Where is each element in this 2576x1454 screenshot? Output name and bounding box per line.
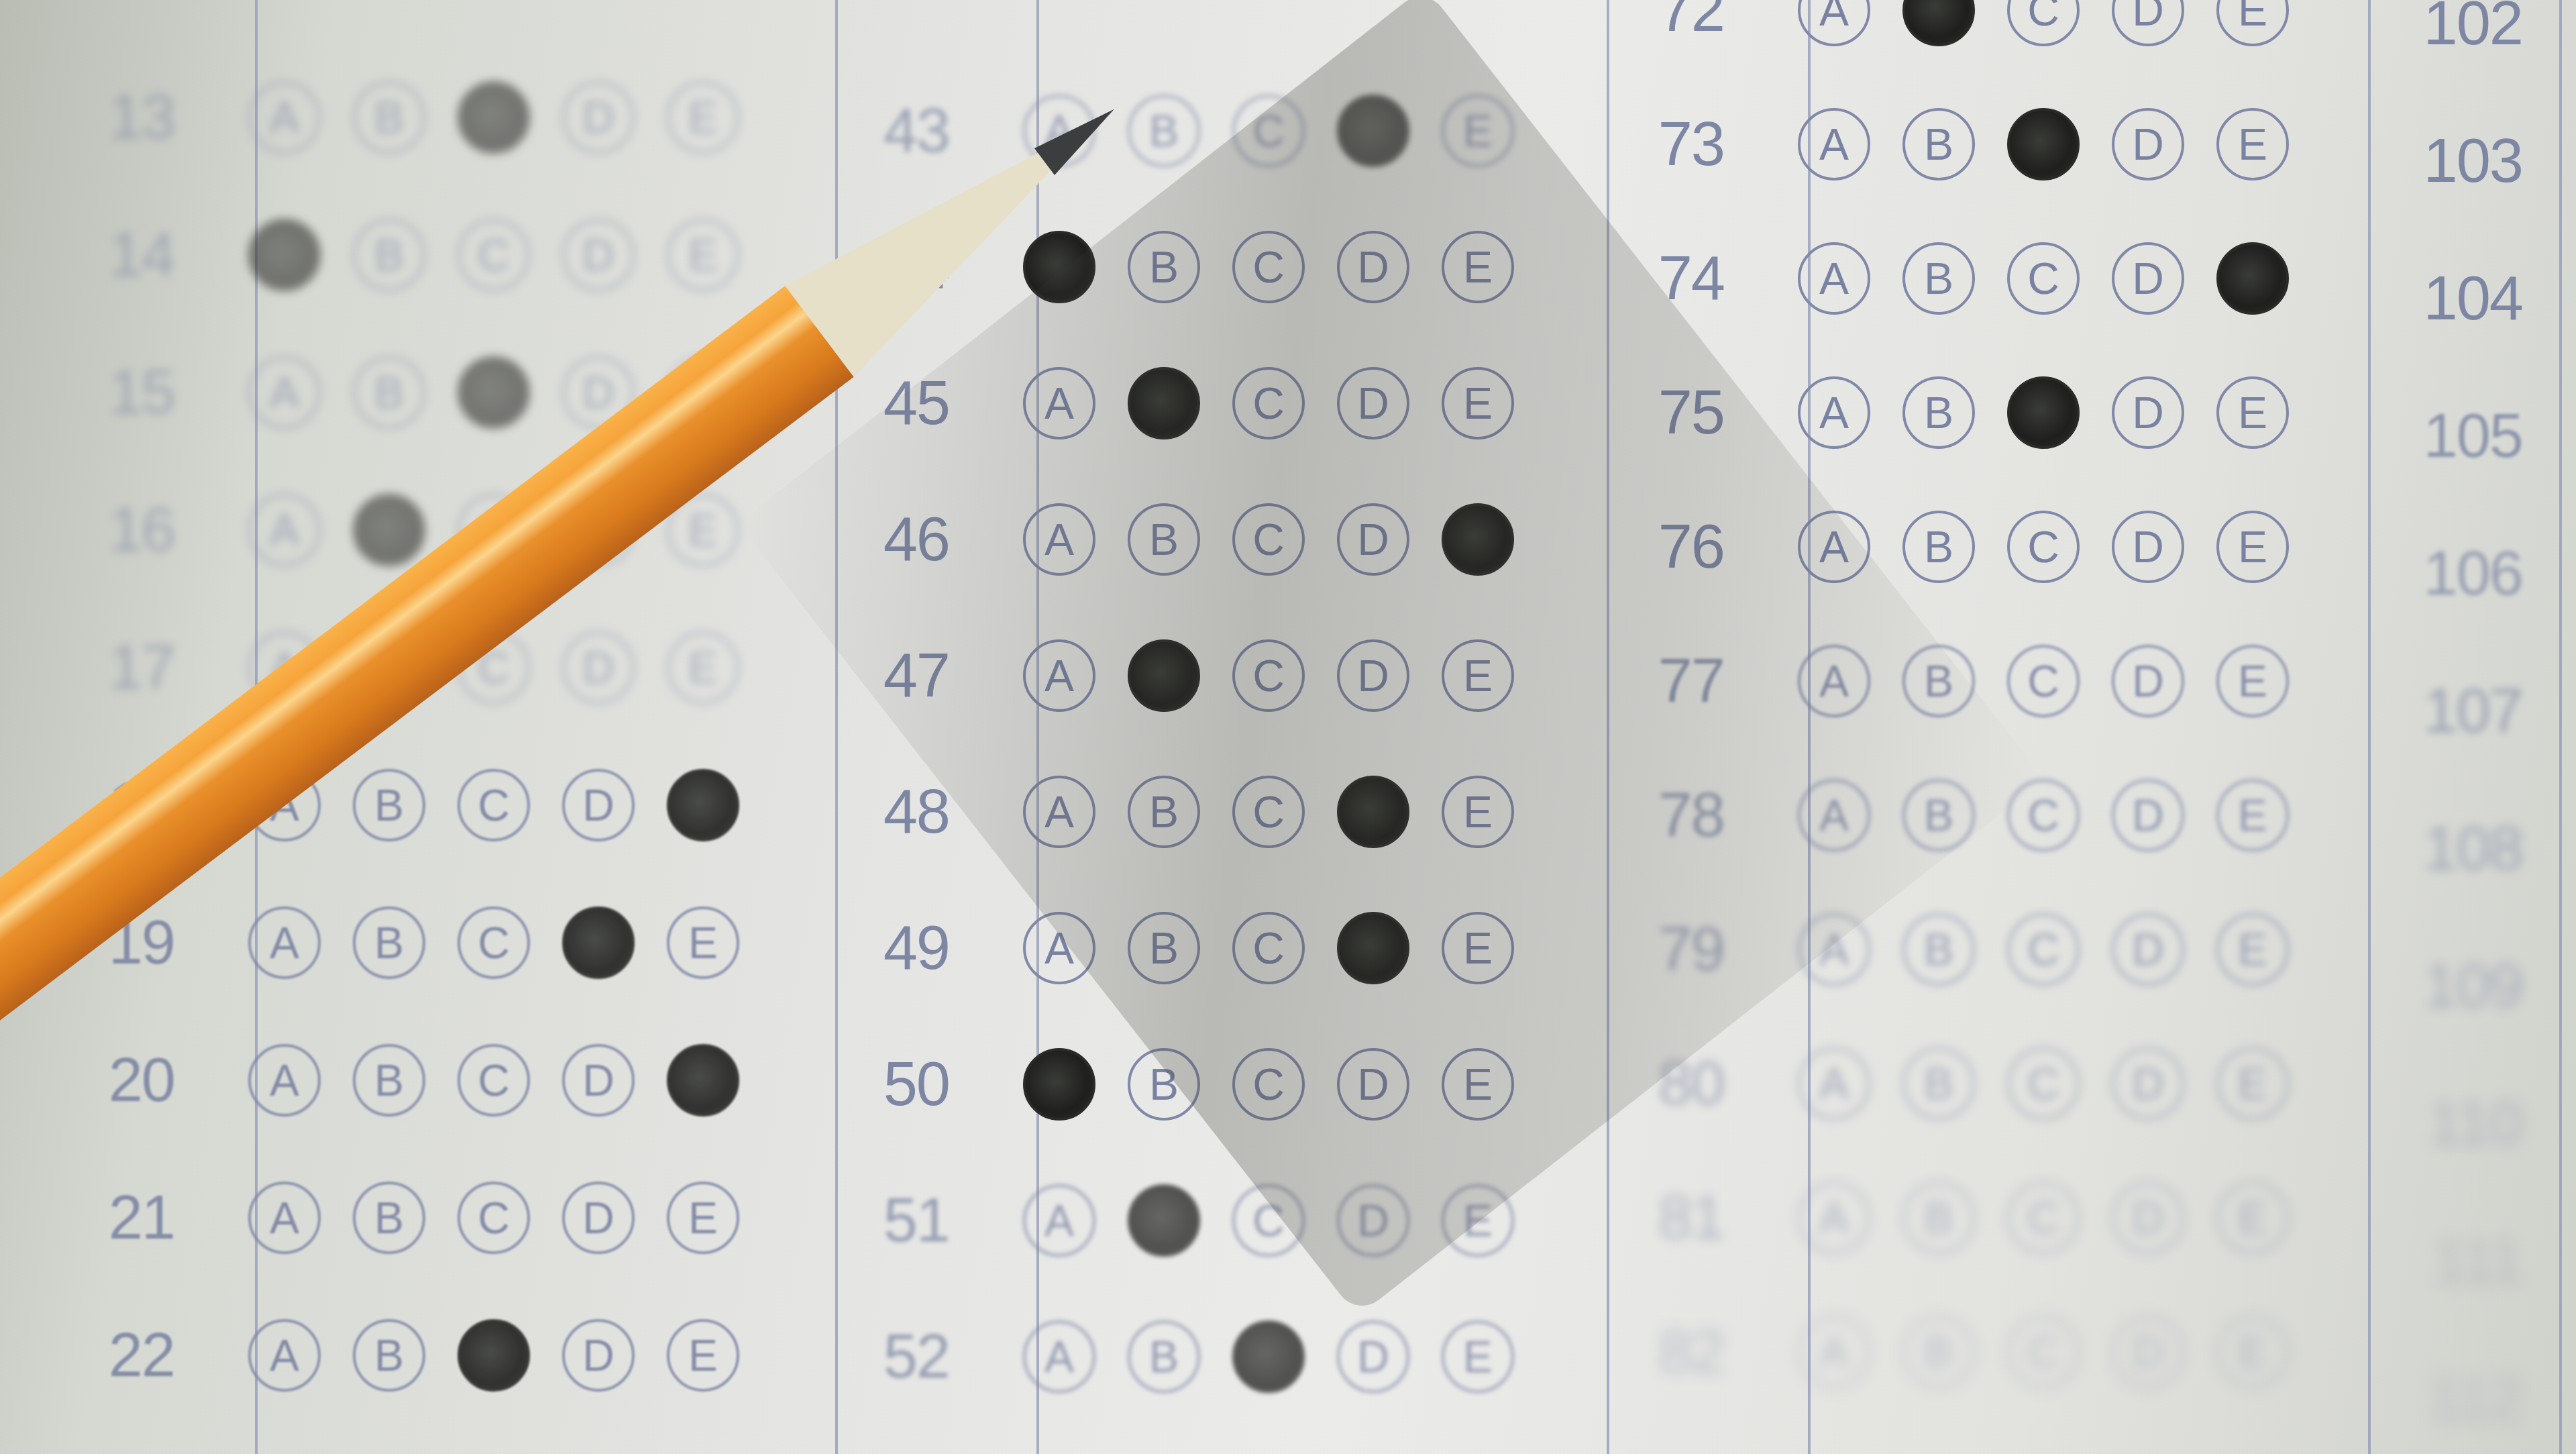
question-number: 16 xyxy=(40,495,201,566)
answer-bubble-d: D xyxy=(562,1319,635,1392)
question-number: 13 xyxy=(40,83,201,153)
answer-bubble-e: E xyxy=(2216,1316,2289,1388)
answer-bubble-c: C xyxy=(1232,776,1305,848)
answer-bubble-a: A xyxy=(248,494,321,566)
answer-bubble-b: B xyxy=(353,1182,425,1254)
question-row: 47ABCDE xyxy=(815,619,1514,733)
bubble-group: ABCDE xyxy=(1798,511,2289,583)
question-row: 20ABCDE xyxy=(40,1023,739,1137)
answer-bubble-a: A xyxy=(1798,0,1870,46)
question-row: 49ABCDE xyxy=(815,891,1514,1005)
question-number: 111 xyxy=(2348,1204,2549,1318)
bubble-group: ABCDE xyxy=(1798,1182,2289,1254)
answer-bubble-a: A xyxy=(1798,376,1870,449)
bubble-group: ABCDE xyxy=(1023,367,1514,439)
answer-bubble-e: E xyxy=(1442,776,1514,848)
question-number: 48 xyxy=(815,777,976,847)
answer-bubble-b: B xyxy=(1128,1320,1200,1393)
bubble-group: ABCDE xyxy=(1798,108,2289,180)
answer-bubble-c: C xyxy=(458,631,530,704)
answer-bubble-b: B xyxy=(353,1044,425,1117)
answer-bubble-d: D xyxy=(1337,639,1409,712)
question-row: 17ABCDE xyxy=(40,611,739,725)
answer-bubble-a: A xyxy=(1023,231,1095,303)
answer-bubble-b: B xyxy=(353,631,425,704)
answer-bubble-c: C xyxy=(1232,231,1305,303)
answer-bubble-b: B xyxy=(1902,108,1975,180)
answer-bubble-a: A xyxy=(1023,1184,1095,1257)
answer-bubble-c: C xyxy=(458,1044,530,1117)
answer-bubble-d: D xyxy=(2112,376,2184,449)
answer-bubble-b: B xyxy=(353,81,425,154)
answer-bubble-e: E xyxy=(667,631,739,704)
question-number: 52 xyxy=(815,1322,976,1392)
answer-bubble-a: A xyxy=(248,356,321,429)
answer-bubble-e: E xyxy=(667,1044,739,1117)
answer-bubble-a: A xyxy=(1798,242,1870,315)
answer-bubble-e: E xyxy=(2216,108,2289,180)
bubble-group: ABCDE xyxy=(1798,0,2289,46)
answer-bubble-b: B xyxy=(353,906,425,979)
question-number: 44 xyxy=(815,232,976,303)
answer-bubble-c: C xyxy=(2007,1316,2080,1388)
bubble-group: ABCDE xyxy=(248,906,739,979)
answer-bubble-d: D xyxy=(562,631,635,704)
question-number: 17 xyxy=(40,633,201,703)
answer-bubble-a: A xyxy=(1798,108,1870,180)
answer-bubble-c: C xyxy=(2007,0,2080,46)
answer-bubble-e: E xyxy=(1442,912,1514,984)
answer-bubble-e: E xyxy=(667,81,739,154)
bubble-group: ABCDE xyxy=(248,81,739,154)
bubble-group: ABCDE xyxy=(1798,242,2289,315)
answer-bubble-b: B xyxy=(1128,639,1200,712)
answer-bubble-d: D xyxy=(1337,1184,1409,1257)
answer-bubble-d: D xyxy=(562,1182,635,1254)
answer-bubble-c: C xyxy=(1232,1048,1305,1121)
question-row: 82ABCDE xyxy=(1590,1295,2289,1409)
question-number: 80 xyxy=(1590,1049,1751,1119)
answer-bubble-e: E xyxy=(1442,367,1514,439)
bubble-group: ABCDE xyxy=(1798,645,2289,717)
answer-bubble-c: C xyxy=(458,1319,530,1392)
answer-bubble-c: C xyxy=(1232,503,1305,576)
column-divider xyxy=(2559,0,2562,1454)
question-number: 72 xyxy=(1590,0,1751,46)
answer-bubble-e: E xyxy=(667,494,739,566)
answer-bubble-a: A xyxy=(1798,913,1870,986)
question-number: 74 xyxy=(1590,244,1751,314)
bubble-group: ABCDE xyxy=(248,219,739,291)
answer-bubble-e: E xyxy=(667,356,739,429)
question-row: 50ABCDE xyxy=(815,1027,1514,1141)
bubble-group: ABCDE xyxy=(1023,1184,1514,1257)
answer-bubble-c: C xyxy=(458,906,530,979)
answer-bubble-a: A xyxy=(248,631,321,704)
question-row: 79ABCDE xyxy=(1590,892,2289,1006)
answer-bubble-c: C xyxy=(2007,645,2080,717)
question-row: 80ABCDE xyxy=(1590,1027,2289,1141)
question-number: 78 xyxy=(1590,780,1751,851)
answer-bubble-b: B xyxy=(353,219,425,291)
answer-bubble-d: D xyxy=(562,906,635,979)
bubble-group: ABCDE xyxy=(248,1319,739,1392)
question-row: 77ABCDE xyxy=(1590,624,2289,738)
answer-bubble-b: B xyxy=(1902,1047,1975,1120)
answer-bubble-b: B xyxy=(1902,913,1975,986)
answer-bubble-d: D xyxy=(1337,776,1409,848)
answer-bubble-b: B xyxy=(1128,1184,1200,1257)
question-number: 82 xyxy=(1590,1317,1751,1388)
question-number: 75 xyxy=(1590,378,1751,448)
question-number: 110 xyxy=(2348,1067,2549,1181)
answer-bubble-b: B xyxy=(1902,0,1975,46)
answer-bubble-d: D xyxy=(562,1044,635,1117)
bubble-group: ABCDE xyxy=(248,494,739,566)
answer-bubble-d: D xyxy=(1337,912,1409,984)
answer-bubble-b: B xyxy=(1902,645,1975,717)
question-number: 19 xyxy=(40,908,201,978)
answer-bubble-c: C xyxy=(1232,95,1305,167)
bubble-group: ABCDE xyxy=(248,356,739,429)
answer-bubble-c: C xyxy=(458,356,530,429)
question-number: 104 xyxy=(2348,242,2549,356)
answer-bubble-e: E xyxy=(2216,376,2289,449)
answer-bubble-e: E xyxy=(1442,1048,1514,1121)
answer-bubble-a: A xyxy=(1023,503,1095,576)
answer-bubble-b: B xyxy=(1902,242,1975,315)
answer-bubble-b: B xyxy=(1902,511,1975,583)
question-row: 22ABCDE xyxy=(40,1298,739,1412)
answer-bubble-b: B xyxy=(353,769,425,841)
bubble-group: ABCDE xyxy=(1023,231,1514,303)
answer-bubble-e: E xyxy=(1442,231,1514,303)
answer-bubble-e: E xyxy=(2216,913,2289,986)
answer-bubble-d: D xyxy=(2112,511,2184,583)
question-number: 77 xyxy=(1590,646,1751,717)
answer-bubble-d: D xyxy=(1337,367,1409,439)
bubble-group: ABCDE xyxy=(248,631,739,704)
answer-bubble-d: D xyxy=(2112,913,2184,986)
question-number: 14 xyxy=(40,220,201,291)
answer-bubble-e: E xyxy=(1442,1184,1514,1257)
answer-bubble-c: C xyxy=(1232,1320,1305,1393)
answer-bubble-c: C xyxy=(2007,108,2080,180)
answer-bubble-e: E xyxy=(667,1182,739,1254)
answer-bubble-b: B xyxy=(1128,503,1200,576)
answer-bubble-c: C xyxy=(2007,913,2080,986)
question-row: 18ABCDE xyxy=(40,748,739,862)
answer-bubble-b: B xyxy=(353,494,425,566)
answer-bubble-a: A xyxy=(1798,779,1870,851)
answer-bubble-d: D xyxy=(2112,1316,2184,1388)
question-number: 76 xyxy=(1590,512,1751,582)
answer-bubble-c: C xyxy=(2007,779,2080,851)
answer-bubble-d: D xyxy=(1337,95,1409,167)
answer-bubble-b: B xyxy=(1902,1316,1975,1388)
answer-bubble-b: B xyxy=(1902,1182,1975,1254)
question-row: 15ABCDE xyxy=(40,335,739,450)
bubble-group: ABCDE xyxy=(1023,95,1514,167)
answer-bubble-d: D xyxy=(2112,779,2184,851)
answer-bubble-a: A xyxy=(248,906,321,979)
answer-bubble-b: B xyxy=(1128,912,1200,984)
answer-bubble-e: E xyxy=(667,1319,739,1392)
answer-bubble-b: B xyxy=(1902,779,1975,851)
answer-sheet: 13ABCDE14ABCDE15ABCDE16ABCDE17ABCDE18ABC… xyxy=(0,0,2576,1454)
answer-bubble-b: B xyxy=(1128,95,1200,167)
answer-bubble-a: A xyxy=(1023,367,1095,439)
answer-bubble-e: E xyxy=(1442,639,1514,712)
bubble-group: ABCDE xyxy=(1023,503,1514,576)
bubble-group: ABCDE xyxy=(1023,1048,1514,1121)
question-row: 43ABCDE xyxy=(815,74,1514,188)
question-number: 20 xyxy=(40,1045,201,1116)
bubble-group: ABCDE xyxy=(248,1044,739,1117)
question-number: 21 xyxy=(40,1183,201,1253)
question-number: 107 xyxy=(2348,654,2549,768)
answer-bubble-d: D xyxy=(1337,503,1409,576)
answer-bubble-d: D xyxy=(2112,645,2184,717)
answer-bubble-b: B xyxy=(1128,367,1200,439)
answer-bubble-e: E xyxy=(1442,503,1514,576)
bubble-group: ABCDE xyxy=(1023,912,1514,984)
question-number: 18 xyxy=(40,770,201,841)
answer-bubble-a: A xyxy=(248,81,321,154)
bubble-group: ABCDE xyxy=(1023,776,1514,848)
question-number: 109 xyxy=(2348,929,2549,1043)
question-number: 47 xyxy=(815,641,976,711)
answer-bubble-e: E xyxy=(2216,242,2289,315)
answer-bubble-e: E xyxy=(2216,779,2289,851)
answer-bubble-a: A xyxy=(248,1319,321,1392)
answer-bubble-c: C xyxy=(458,494,530,566)
question-number: 106 xyxy=(2348,517,2549,631)
bubble-group: ABCDE xyxy=(1798,376,2289,449)
answer-bubble-b: B xyxy=(353,1319,425,1392)
question-row: 72ABCDE xyxy=(1590,0,2289,67)
question-number: 73 xyxy=(1590,109,1751,180)
answer-bubble-a: A xyxy=(1023,1320,1095,1393)
question-row: 73ABCDE xyxy=(1590,87,2289,201)
question-row: 13ABCDE xyxy=(40,60,739,174)
answer-bubble-c: C xyxy=(2007,376,2080,449)
answer-bubble-c: C xyxy=(2007,511,2080,583)
answer-bubble-c: C xyxy=(2007,242,2080,315)
answer-bubble-c: C xyxy=(2007,1047,2080,1120)
bubble-group: ABCDE xyxy=(1798,1047,2289,1120)
answer-bubble-e: E xyxy=(1442,1320,1514,1393)
answer-bubble-d: D xyxy=(2112,0,2184,46)
question-row: 81ABCDE xyxy=(1590,1161,2289,1275)
question-row: 74ABCDE xyxy=(1590,221,2289,335)
question-row: 14ABCDE xyxy=(40,198,739,312)
answer-bubble-a: A xyxy=(1023,639,1095,712)
question-number: 15 xyxy=(40,358,201,428)
answer-bubble-d: D xyxy=(1337,1048,1409,1121)
question-row: 46ABCDE xyxy=(815,482,1514,596)
question-number: 81 xyxy=(1590,1183,1751,1253)
answer-bubble-d: D xyxy=(2112,1047,2184,1120)
answer-bubble-a: A xyxy=(248,769,321,841)
answer-bubble-d: D xyxy=(1337,231,1409,303)
question-number: 43 xyxy=(815,96,976,166)
answer-bubble-c: C xyxy=(1232,912,1305,984)
answer-bubble-b: B xyxy=(353,356,425,429)
question-number: 103 xyxy=(2348,104,2549,218)
question-row: 19ABCDE xyxy=(40,886,739,1000)
question-row: 16ABCDE xyxy=(40,473,739,587)
answer-bubble-e: E xyxy=(2216,511,2289,583)
bubble-group: ABCDE xyxy=(1023,1320,1514,1393)
answer-bubble-e: E xyxy=(2216,645,2289,717)
answer-bubble-d: D xyxy=(562,769,635,841)
question-number: 49 xyxy=(815,913,976,984)
question-row: 52ABCDE xyxy=(815,1300,1514,1414)
answer-bubble-d: D xyxy=(2112,242,2184,315)
question-row: 78ABCDE xyxy=(1590,758,2289,872)
answer-bubble-a: A xyxy=(1023,776,1095,848)
answer-bubble-b: B xyxy=(1128,231,1200,303)
question-row: 21ABCDE xyxy=(40,1161,739,1275)
answer-bubble-c: C xyxy=(458,219,530,291)
answer-bubble-e: E xyxy=(667,906,739,979)
bubble-group: ABCDE xyxy=(1798,913,2289,986)
question-number: 105 xyxy=(2348,379,2549,493)
answer-bubble-e: E xyxy=(2216,1182,2289,1254)
question-row: 44ABCDE xyxy=(815,210,1514,324)
question-row: 45ABCDE xyxy=(815,346,1514,460)
answer-bubble-c: C xyxy=(458,769,530,841)
bubble-group: ABCDE xyxy=(1023,639,1514,712)
question-number: 112 xyxy=(2348,1342,2549,1454)
answer-bubble-a: A xyxy=(1023,1048,1095,1121)
answer-bubble-d: D xyxy=(562,494,635,566)
answer-bubble-a: A xyxy=(248,1044,321,1117)
answer-bubble-d: D xyxy=(562,356,635,429)
answer-bubble-d: D xyxy=(562,219,635,291)
answer-bubble-e: E xyxy=(2216,1047,2289,1120)
answer-bubble-e: E xyxy=(667,219,739,291)
answer-bubble-a: A xyxy=(1798,511,1870,583)
answer-bubble-c: C xyxy=(458,81,530,154)
answer-bubble-a: A xyxy=(1023,95,1095,167)
answer-bubble-a: A xyxy=(1798,1316,1870,1388)
question-row: 75ABCDE xyxy=(1590,356,2289,470)
answer-bubble-b: B xyxy=(1128,1048,1200,1121)
bubble-group: ABCDE xyxy=(1798,1316,2289,1388)
question-number: 50 xyxy=(815,1049,976,1120)
answer-bubble-e: E xyxy=(1442,95,1514,167)
answer-bubble-a: A xyxy=(248,1182,321,1254)
answer-bubble-c: C xyxy=(458,1182,530,1254)
answer-bubble-e: E xyxy=(2216,0,2289,46)
answer-bubble-e: E xyxy=(667,769,739,841)
answer-bubble-a: A xyxy=(1023,912,1095,984)
answer-bubble-d: D xyxy=(1337,1320,1409,1393)
answer-bubble-a: A xyxy=(1798,1182,1870,1254)
answer-bubble-d: D xyxy=(562,81,635,154)
answer-bubble-a: A xyxy=(1798,645,1870,717)
question-number: 79 xyxy=(1590,915,1751,985)
question-number: 45 xyxy=(815,368,976,439)
question-number: 22 xyxy=(40,1320,201,1391)
question-number: 108 xyxy=(2348,792,2549,906)
answer-bubble-c: C xyxy=(2007,1182,2080,1254)
question-row: 76ABCDE xyxy=(1590,490,2289,604)
bubble-group: ABCDE xyxy=(248,1182,739,1254)
question-number: 51 xyxy=(815,1186,976,1256)
question-row: 51ABCDE xyxy=(815,1163,1514,1278)
answer-bubble-c: C xyxy=(1232,1184,1305,1257)
answer-bubble-a: A xyxy=(248,219,321,291)
answer-bubble-a: A xyxy=(1798,1047,1870,1120)
answer-bubble-c: C xyxy=(1232,639,1305,712)
question-number: 46 xyxy=(815,505,976,575)
question-row: 48ABCDE xyxy=(815,755,1514,869)
answer-bubble-c: C xyxy=(1232,367,1305,439)
bubble-group: ABCDE xyxy=(1798,779,2289,851)
bubble-group: ABCDE xyxy=(248,769,739,841)
answer-bubble-b: B xyxy=(1128,776,1200,848)
question-number: 102 xyxy=(2348,0,2549,81)
answer-bubble-d: D xyxy=(2112,1182,2184,1254)
answer-bubble-b: B xyxy=(1902,376,1975,449)
answer-bubble-d: D xyxy=(2112,108,2184,180)
